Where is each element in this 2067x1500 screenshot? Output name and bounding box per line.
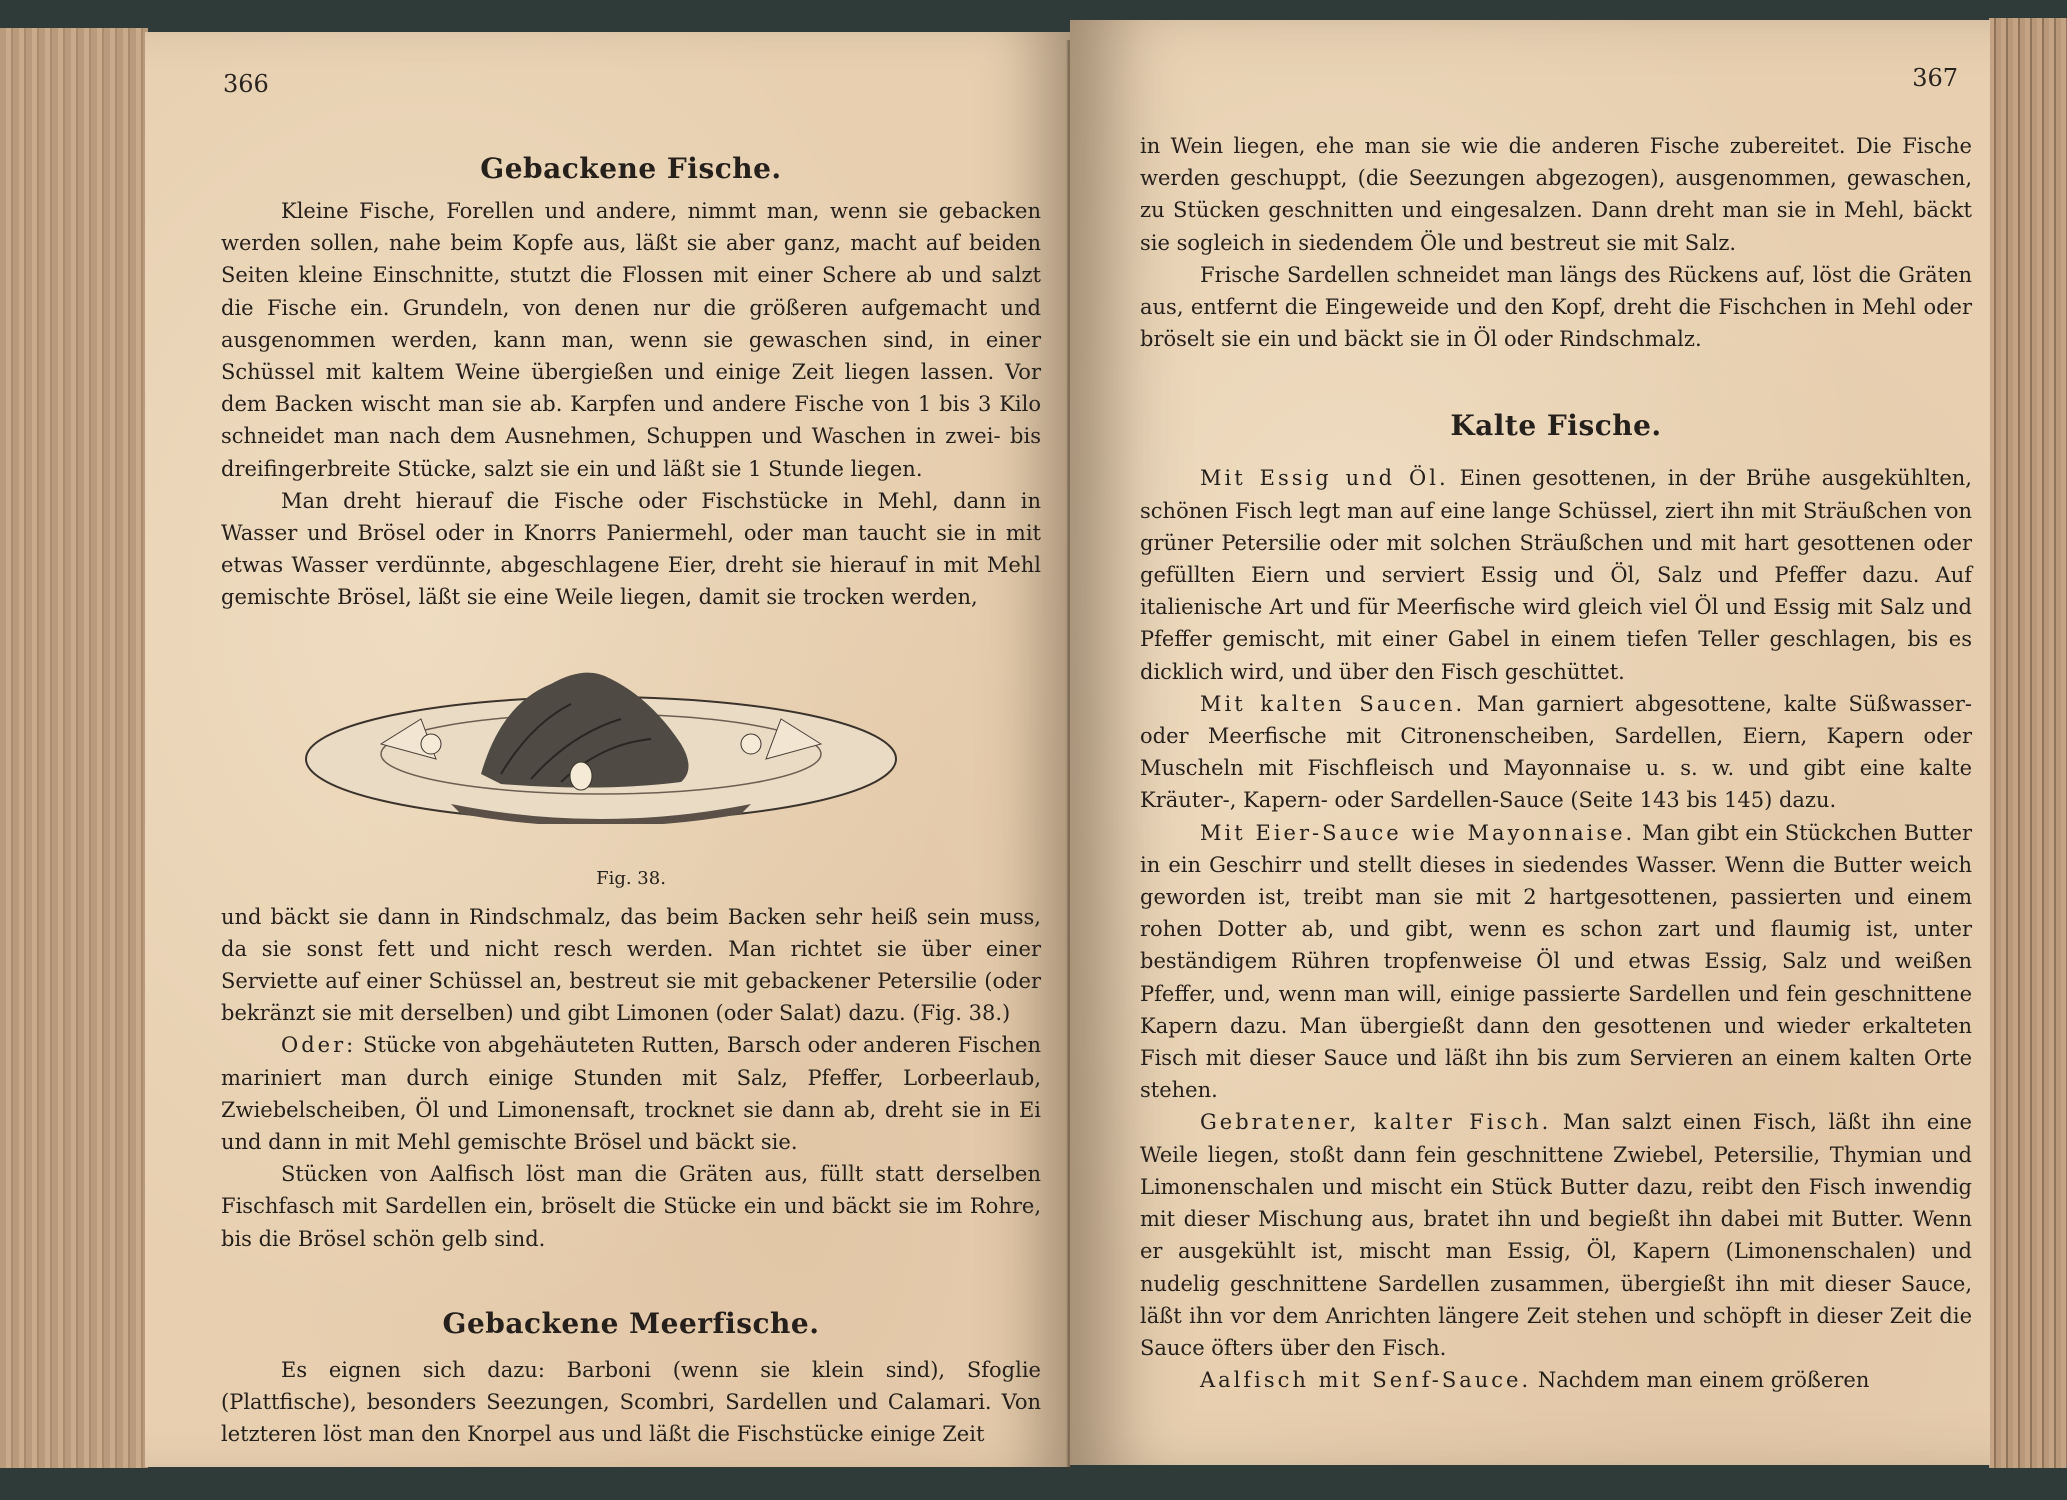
run-in-label: Oder: xyxy=(281,1033,356,1057)
figure-caption: Fig. 38. xyxy=(221,868,1041,889)
figure-fried-fish-platter xyxy=(221,634,1041,864)
recipe-name: Mit Eier-Sauce wie Mayonnaise. xyxy=(1200,821,1635,845)
recipe-paragraph: Mit Eier-Sauce wie Mayonnaise. Man gibt … xyxy=(1140,817,1972,1107)
recipe-paragraph: Mit kalten Saucen. Man garniert abgesott… xyxy=(1140,688,1972,817)
page-number: 366 xyxy=(223,70,269,98)
left-page-stack-edge xyxy=(0,28,148,1468)
fish-platter-illustration xyxy=(301,664,901,824)
paragraph-oder: Oder: Stücke von abgehäuteten Rutten, Ba… xyxy=(221,1029,1041,1158)
section-title: Kalte Fische. xyxy=(1140,409,1972,442)
paragraph: in Wein liegen, ehe man sie wie die ande… xyxy=(1140,130,1972,259)
paragraph: Stücken von Aalfisch löst man die Gräten… xyxy=(221,1158,1041,1255)
recipe-text: Nachdem man einem größeren xyxy=(1531,1368,1869,1392)
section-title: Gebackene Fische. xyxy=(221,152,1041,185)
recipe-text: Man gibt ein Stückchen Butter in ein Ges… xyxy=(1140,821,1972,1103)
recipe-paragraph: Aalfisch mit Senf-Sauce. Nachdem man ein… xyxy=(1140,1364,1972,1396)
page-number: 367 xyxy=(1912,64,1958,92)
open-book: 366 Gebackene Fische. Kleine Fische, For… xyxy=(0,0,2067,1500)
recipe-name: Mit Essig und Öl. xyxy=(1200,466,1449,490)
recipe-paragraph: Gebratener, kalter Fisch. Man salzt eine… xyxy=(1140,1106,1972,1364)
recipe-text: Man salzt einen Fisch, läßt ihn eine Wei… xyxy=(1140,1110,1972,1359)
section-title: Gebackene Meerfische. xyxy=(221,1307,1041,1340)
recipe-text: Einen gesottenen, in der Brühe ausgekühl… xyxy=(1140,466,1972,683)
recipe-paragraph: Mit Essig und Öl. Einen gesottenen, in d… xyxy=(1140,462,1972,687)
left-page: 366 Gebackene Fische. Kleine Fische, For… xyxy=(145,32,1070,1467)
paragraph: Es eignen sich dazu: Barboni (wenn sie k… xyxy=(221,1354,1041,1451)
recipe-name: Mit kalten Saucen. xyxy=(1200,692,1465,716)
recipe-name: Gebratener, kalter Fisch. xyxy=(1200,1110,1551,1134)
paragraph: und bäckt sie dann in Rindschmalz, das b… xyxy=(221,901,1041,1030)
left-page-content: Gebackene Fische. Kleine Fische, Forelle… xyxy=(221,152,1041,1450)
right-page: 367 in Wein liegen, ehe man sie wie die … xyxy=(1070,20,1990,1465)
paragraph: Frische Sardellen schneidet man längs de… xyxy=(1140,259,1972,356)
paragraph: Man dreht hierauf die Fische oder Fischs… xyxy=(221,485,1041,614)
paragraph: Kleine Fische, Forellen und andere, nimm… xyxy=(221,195,1041,485)
right-page-content: in Wein liegen, ehe man sie wie die ande… xyxy=(1140,130,1972,1396)
recipe-name: Aalfisch mit Senf-Sauce. xyxy=(1200,1368,1531,1392)
right-page-stack-edge xyxy=(1989,18,2067,1468)
